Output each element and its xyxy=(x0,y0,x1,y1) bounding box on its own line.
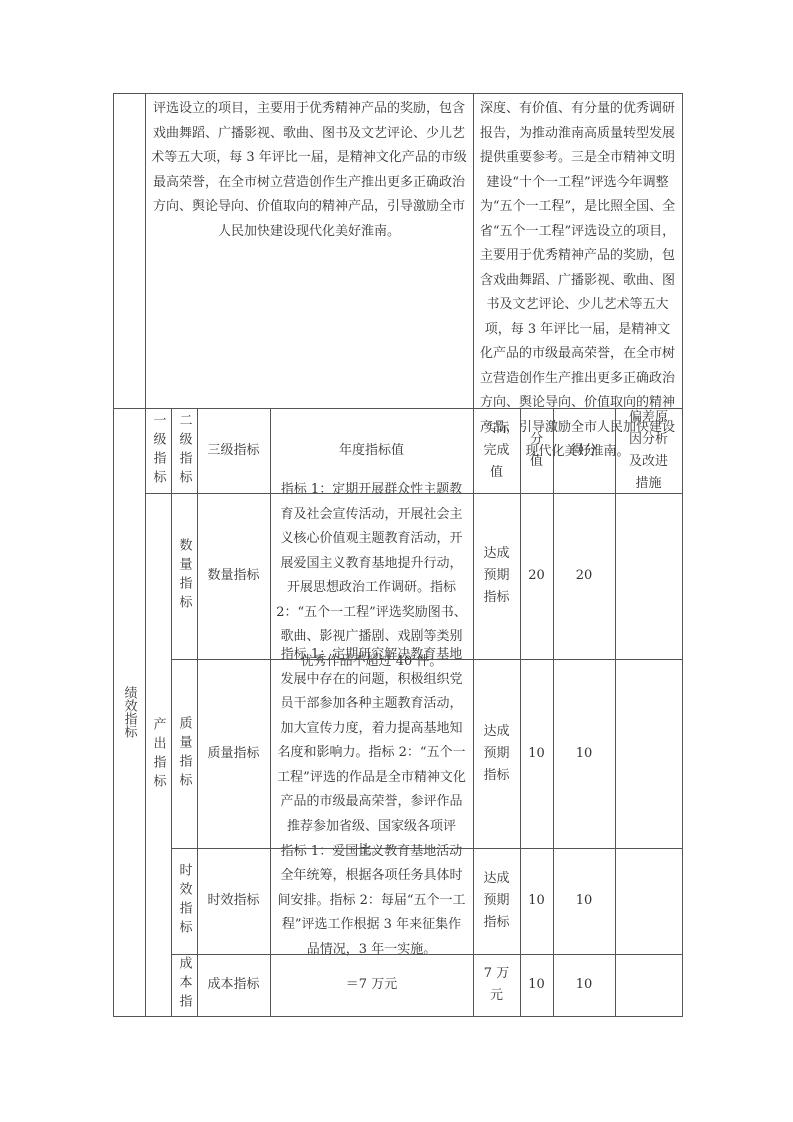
grid-v-145-top xyxy=(145,93,146,1016)
grid-h-848 xyxy=(171,848,683,849)
table-border-right xyxy=(682,93,683,409)
level1-output-label: 产出指标 xyxy=(152,717,165,793)
grid-v-520 xyxy=(520,408,521,1016)
header-deviation-label: 偏差原因分析及改进措施 xyxy=(628,407,670,495)
header-score-label: 得分 xyxy=(571,439,597,463)
grid-h-954 xyxy=(171,954,683,955)
header-level3-label: 三级指标 xyxy=(207,439,259,463)
row-quantity-annual-value: 指标 1：定期开展群众性主题教育及社会宣传活动，开展社会主义核心价值观主题教育活… xyxy=(270,493,473,659)
row-cost-score-value: 10 xyxy=(520,954,553,1016)
header-level2: 二级指标 xyxy=(171,408,197,493)
document-page: 评选设立的项目，主要用于优秀精神产品的奖励，包含戏曲舞蹈、广播影视、歌曲、图书及… xyxy=(0,0,793,1122)
header-level1-label: 一级指标 xyxy=(152,413,165,489)
row-cost-level2-label: 成本指 xyxy=(178,956,191,1013)
header-level2-label: 二级指标 xyxy=(178,413,191,489)
row-quantity-score: 20 xyxy=(553,493,615,659)
header-score-value-label: 分值 xyxy=(530,429,544,473)
row-quantity-score-text: 20 xyxy=(576,564,593,588)
grid-h-bottom xyxy=(113,1016,683,1017)
table-border-left xyxy=(113,93,114,1016)
row-quality-level2-label: 质量指标 xyxy=(178,716,191,792)
row-quality-deviation xyxy=(615,659,682,848)
level1-output-cell: 产出指标 xyxy=(145,493,171,1016)
header-score: 得分 xyxy=(553,408,615,493)
row-quality-actual-text: 达成预期指标 xyxy=(483,721,511,787)
grid-v-171 xyxy=(171,408,172,1016)
row-cost-score-text: 10 xyxy=(576,973,593,997)
row-quantity-score-value: 20 xyxy=(520,493,553,659)
header-actual-label: 实际完成值 xyxy=(483,418,511,484)
row-quality-annual-text: 指标 1：定期研究解决教育基地发展中存在的问题，积极组织党员干部参加各种主题教育… xyxy=(270,643,473,864)
row-quality-score-text: 10 xyxy=(576,742,593,766)
row-quality-score-value-text: 10 xyxy=(528,742,545,766)
row-cost-level3-label: 成本指标 xyxy=(207,973,259,997)
row-timeliness-score: 10 xyxy=(553,848,615,954)
row-timeliness-level2-label: 时效指标 xyxy=(178,863,191,939)
table-border-right-lower xyxy=(682,408,683,1016)
grid-v-197 xyxy=(197,408,198,1016)
grid-v-270 xyxy=(270,408,271,1016)
grid-h-408 xyxy=(113,408,683,409)
row-cost-score: 10 xyxy=(553,954,615,1016)
row-timeliness-level3: 时效指标 xyxy=(197,848,270,954)
row-quality-level3-label: 质量指标 xyxy=(207,742,259,766)
section-label: 绩效指标 xyxy=(123,686,136,738)
row-cost-actual: 7 万元 xyxy=(473,954,520,1016)
grid-h-493 xyxy=(145,493,683,494)
section-label-cell: 绩效指标 xyxy=(113,408,145,1016)
header-level1: 一级指标 xyxy=(145,408,171,493)
header-annual-value-label: 年度指标值 xyxy=(339,439,404,463)
grid-v-615 xyxy=(615,408,616,1016)
row-timeliness-score-text: 10 xyxy=(576,889,593,913)
row-cost-actual-text: 7 万元 xyxy=(482,963,512,1007)
row-cost-annual-value: ＝7 万元 xyxy=(270,954,473,1016)
grid-v-553 xyxy=(553,408,554,1016)
row-cost-level2: 成本指 xyxy=(171,954,197,1016)
row-timeliness-annual-value: 指标 1：爱国主义教育基地活动全年统筹，根据各项任务具体时间安排。指标 2：每届… xyxy=(270,848,473,954)
continuation-right-cell: 深度、有价值、有分量的优秀调研报告，为推动淮南高质量转型发展提供重要参考。三是全… xyxy=(473,93,682,408)
header-deviation: 偏差原因分析及改进措施 xyxy=(615,408,682,493)
row-cost-level3: 成本指标 xyxy=(197,954,270,1016)
row-cost-score-value-text: 10 xyxy=(528,973,545,997)
header-actual: 实际完成值 xyxy=(473,408,520,493)
row-quality-score-value: 10 xyxy=(520,659,553,848)
continuation-middle-cell: 评选设立的项目，主要用于优秀精神产品的奖励，包含戏曲舞蹈、广播影视、歌曲、图书及… xyxy=(145,93,473,408)
row-timeliness-score-value-text: 10 xyxy=(528,889,545,913)
row-timeliness-deviation xyxy=(615,848,682,954)
row-timeliness-level2: 时效指标 xyxy=(171,848,197,954)
row-timeliness-annual-text: 指标 1：爱国主义教育基地活动全年统筹，根据各项任务具体时间安排。指标 2：每届… xyxy=(270,840,473,963)
continuation-middle-text: 评选设立的项目，主要用于优秀精神产品的奖励，包含戏曲舞蹈、广播影视、歌曲、图书及… xyxy=(145,97,473,244)
row-quantity-level2: 数量指标 xyxy=(171,493,197,659)
row-quantity-level3-label: 数量指标 xyxy=(207,564,259,588)
grid-h-top xyxy=(113,93,683,94)
row-quantity-deviation xyxy=(615,493,682,659)
row-quantity-actual: 达成预期指标 xyxy=(473,493,520,659)
row-timeliness-level3-label: 时效指标 xyxy=(207,889,259,913)
row-quality-level3: 质量指标 xyxy=(197,659,270,848)
row-quality-annual-value: 指标 1：定期研究解决教育基地发展中存在的问题，积极组织党员干部参加各种主题教育… xyxy=(270,659,473,848)
row-timeliness-score-value: 10 xyxy=(520,848,553,954)
header-level3: 三级指标 xyxy=(197,408,270,493)
header-score-value: 分值 xyxy=(520,408,553,493)
row-quality-level2: 质量指标 xyxy=(171,659,197,848)
row-cost-deviation xyxy=(615,954,682,1016)
row-quantity-score-value-text: 20 xyxy=(528,564,545,588)
row-quantity-actual-text: 达成预期指标 xyxy=(483,543,511,609)
row-quantity-level2-label: 数量指标 xyxy=(178,538,191,614)
row-quantity-level3: 数量指标 xyxy=(197,493,270,659)
grid-h-659 xyxy=(171,659,683,660)
row-cost-annual-text: ＝7 万元 xyxy=(346,973,397,997)
row-timeliness-actual: 达成预期指标 xyxy=(473,848,520,954)
grid-v-473-top xyxy=(473,93,474,1016)
row-quality-score: 10 xyxy=(553,659,615,848)
row-timeliness-actual-text: 达成预期指标 xyxy=(483,868,511,934)
row-quality-actual: 达成预期指标 xyxy=(473,659,520,848)
continuation-left-empty-cell xyxy=(113,93,145,408)
